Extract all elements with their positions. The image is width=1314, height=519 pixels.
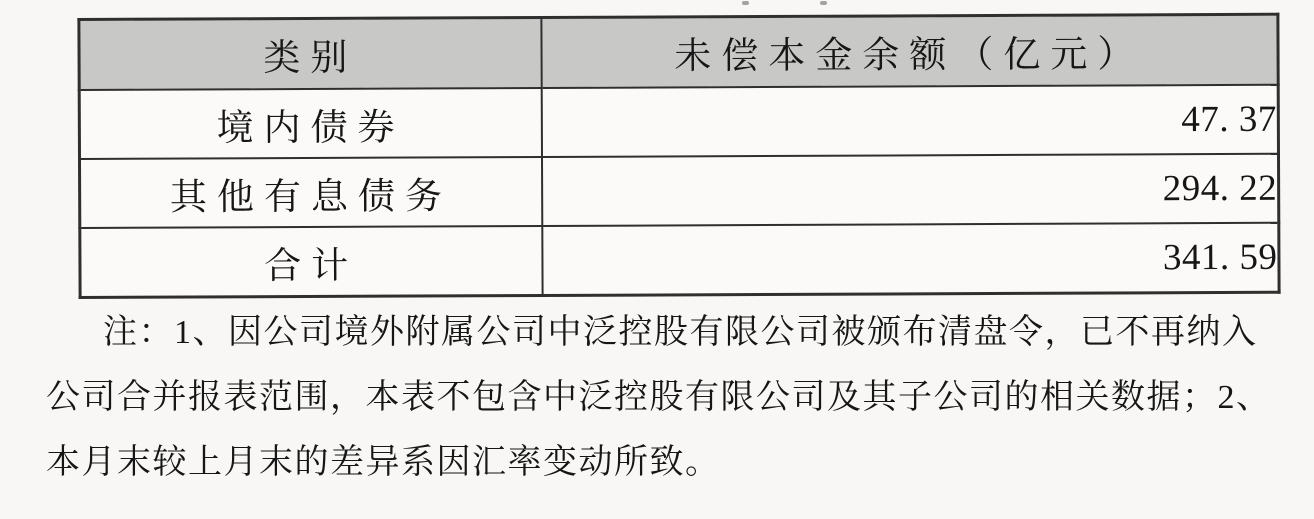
category-cell: 合计 xyxy=(80,226,542,298)
table-row-total: 合计 341. 59 xyxy=(80,223,1279,298)
column-header-outstanding-balance: 未偿本金余额（亿元） xyxy=(541,14,1278,88)
note-line-1: 注：1、因公司境外附属公司中泛控股有限公司被颁布清盘令，已不再纳入 xyxy=(46,300,1291,365)
cropped-text-remnant xyxy=(742,1,749,5)
debt-balance-table: 类别 未偿本金余额（亿元） 境内债券 47. 37 其他有息债务 294. 22… xyxy=(77,13,1280,299)
table-header-row: 类别 未偿本金余额（亿元） xyxy=(79,14,1278,90)
scanned-document-page: 类别 未偿本金余额（亿元） 境内债券 47. 37 其他有息债务 294. 22… xyxy=(0,0,1314,519)
cropped-text-remnant xyxy=(820,1,827,5)
note-line-2: 公司合并报表范围，本表不包含中泛控股有限公司及其子公司的相关数据；2、 xyxy=(46,365,1291,430)
category-cell: 其他有息债务 xyxy=(80,157,542,228)
footnotes-paragraph: 注：1、因公司境外附属公司中泛控股有限公司被颁布清盘令，已不再纳入 公司合并报表… xyxy=(46,300,1291,495)
note-line-3: 本月末较上月末的差异系因汇率变动所致。 xyxy=(46,430,1291,495)
category-cell: 境内债券 xyxy=(79,88,541,159)
balance-cell: 341. 59 xyxy=(542,223,1279,296)
table-row-domestic-bonds: 境内债券 47. 37 xyxy=(79,85,1278,159)
balance-cell: 294. 22 xyxy=(541,154,1278,226)
balance-cell: 47. 37 xyxy=(541,85,1278,157)
table-row-other-interest-bearing-debt: 其他有息债务 294. 22 xyxy=(80,154,1279,228)
column-header-category: 类别 xyxy=(79,17,541,90)
